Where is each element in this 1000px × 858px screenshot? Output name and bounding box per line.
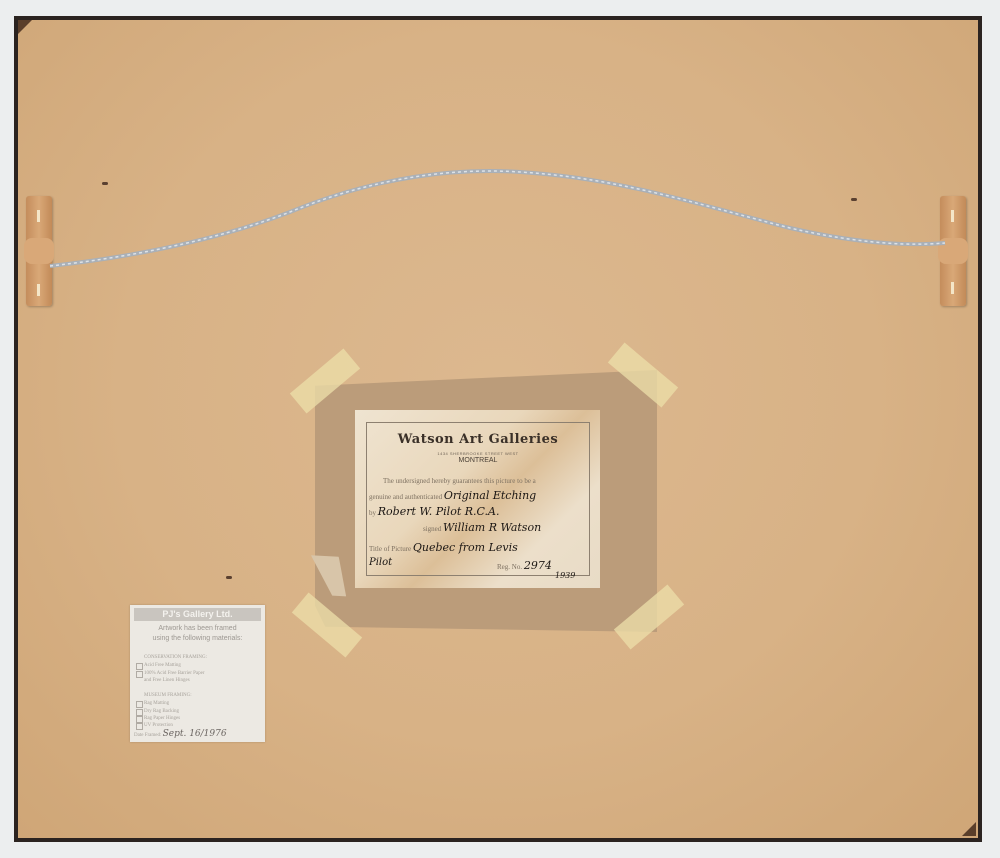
title-handwritten: Quebec from Levis (413, 541, 518, 554)
pj-item: and Free Linen Hinges (144, 678, 190, 683)
pj-intro: using the following materials: (130, 635, 265, 642)
pj-item: Rag Paper Hinges (144, 716, 180, 721)
guarantee-text: The undersigned hereby guarantees this p… (383, 477, 536, 485)
signer-handwritten: William R Watson (443, 521, 541, 534)
date-handwritten: Sept. 16/1976 (163, 729, 227, 739)
pj-date-line: Date Framed: Sept. 16/1976 (134, 729, 227, 739)
pj-item: Acid Free Matting (144, 663, 181, 668)
authenticity-certificate: Watson Art Galleries 1434 SHERBROOKE STR… (355, 410, 600, 588)
checkbox (136, 709, 143, 716)
pj-section: CONSERVATION FRAMING: (144, 655, 207, 660)
artist-handwritten: Robert W. Pilot R.C.A. (378, 505, 500, 518)
pj-item: Rag Matting (144, 701, 169, 706)
pj-header: PJ's Gallery Ltd. (134, 608, 261, 621)
signed-line: signed William R Watson (423, 521, 541, 534)
checkbox (136, 716, 143, 723)
gallery-name: Watson Art Galleries (367, 432, 589, 447)
pj-section: MUSEUM FRAMING: (144, 693, 192, 698)
guarantee-text-2: genuine and authenticated Original Etchi… (369, 489, 536, 502)
certificate-border: Watson Art Galleries 1434 SHERBROOKE STR… (366, 422, 590, 576)
checkbox (136, 701, 143, 708)
pj-gallery-label: PJ's Gallery Ltd. Artwork has been frame… (130, 605, 265, 742)
medium-handwritten: Original Etching (444, 489, 536, 502)
checkbox (136, 663, 143, 670)
reg-number: 2974 (524, 559, 552, 572)
gallery-address: 1434 SHERBROOKE STREET WEST (367, 451, 589, 456)
gallery-city: MONTREAL (367, 457, 589, 464)
pj-item: UV Protection (144, 723, 173, 728)
pj-item: 100% Acid Free Barrier Paper (144, 671, 205, 676)
artist-line: by Robert W. Pilot R.C.A. (369, 505, 499, 518)
reg-line: Reg. No. 2974 (497, 559, 552, 572)
artist-initials: Pilot (369, 557, 392, 568)
year-handwritten: 1939 (555, 571, 575, 580)
checkbox (136, 671, 143, 678)
pj-item: Dry Rag Backing (144, 709, 179, 714)
title-line: Title of Picture Quebec from Levis (369, 541, 518, 554)
pj-intro: Artwork has been framed (130, 625, 265, 632)
